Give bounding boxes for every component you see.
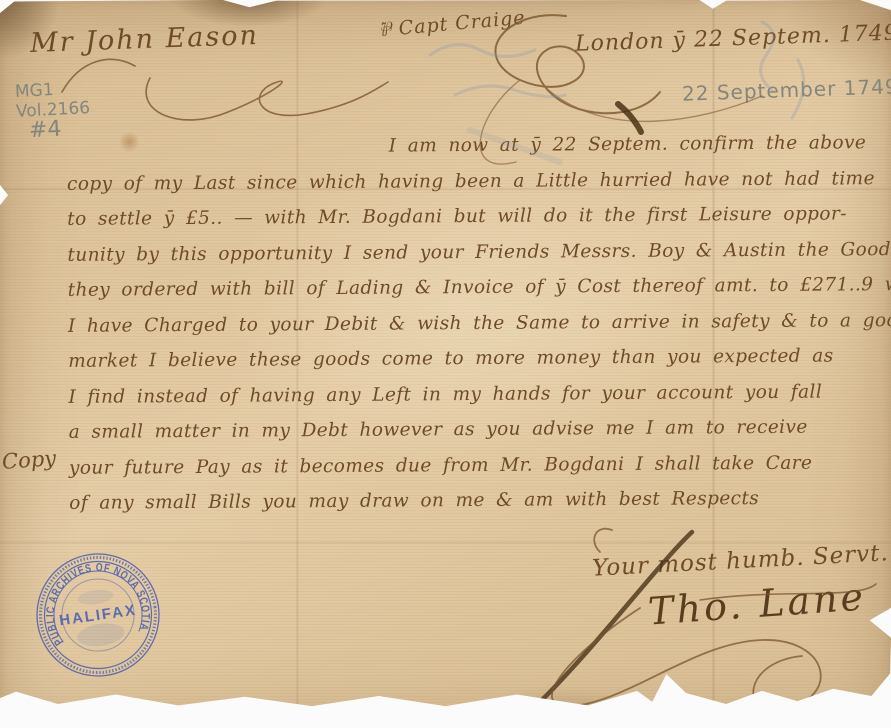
letter-dateline: London ȳ 22 Septem. 1749. — [575, 20, 891, 57]
margin-note-copy: Copy — [1, 446, 57, 474]
letter-recipient: Mr John Eason — [30, 20, 260, 59]
letter-body-line: copy of my Last since which having been … — [67, 161, 881, 202]
letter-paper: Mr John Eason ⅌ Capt Craige London ȳ 22 … — [0, 0, 891, 728]
letter-body-line: of any small Bills you may draw on me & … — [69, 480, 883, 521]
pencil-date-annotation: 22 September 1749 — [682, 74, 891, 106]
letter-body-line: tunity by this opportunity I send your F… — [67, 232, 881, 273]
archives-stamp: PUBLIC ARCHIVES OF NOVA SCOTIA HALIFAX — [28, 545, 168, 685]
carrier-note: ⅌ Capt Craige — [377, 4, 526, 43]
letter-body-line: I have Charged to your Debit & wish the … — [68, 303, 882, 344]
letter-body-line: they ordered with bill of Lading & Invoi… — [68, 267, 882, 308]
letter-body-line: to settle ȳ £5.. — with Mr. Bogdani but … — [67, 196, 881, 237]
letter-body: I am now at ȳ 22 Septem. confirm the abo… — [67, 125, 884, 521]
letter-body-line: I find instead of having any Left in my … — [68, 374, 882, 415]
scanned-letter-page: Mr John Eason ⅌ Capt Craige London ȳ 22 … — [0, 0, 891, 728]
letter-body-line: a small matter in my Debt however as you… — [69, 409, 883, 450]
letter-body-line: your future Pay as it becomes due from M… — [69, 445, 883, 486]
letter-body-line: I am now at ȳ 22 Septem. confirm the abo… — [67, 125, 881, 166]
letter-body-line: market I believe these goods come to mor… — [68, 338, 882, 379]
letter-signature: Tho. Lane — [647, 574, 868, 633]
